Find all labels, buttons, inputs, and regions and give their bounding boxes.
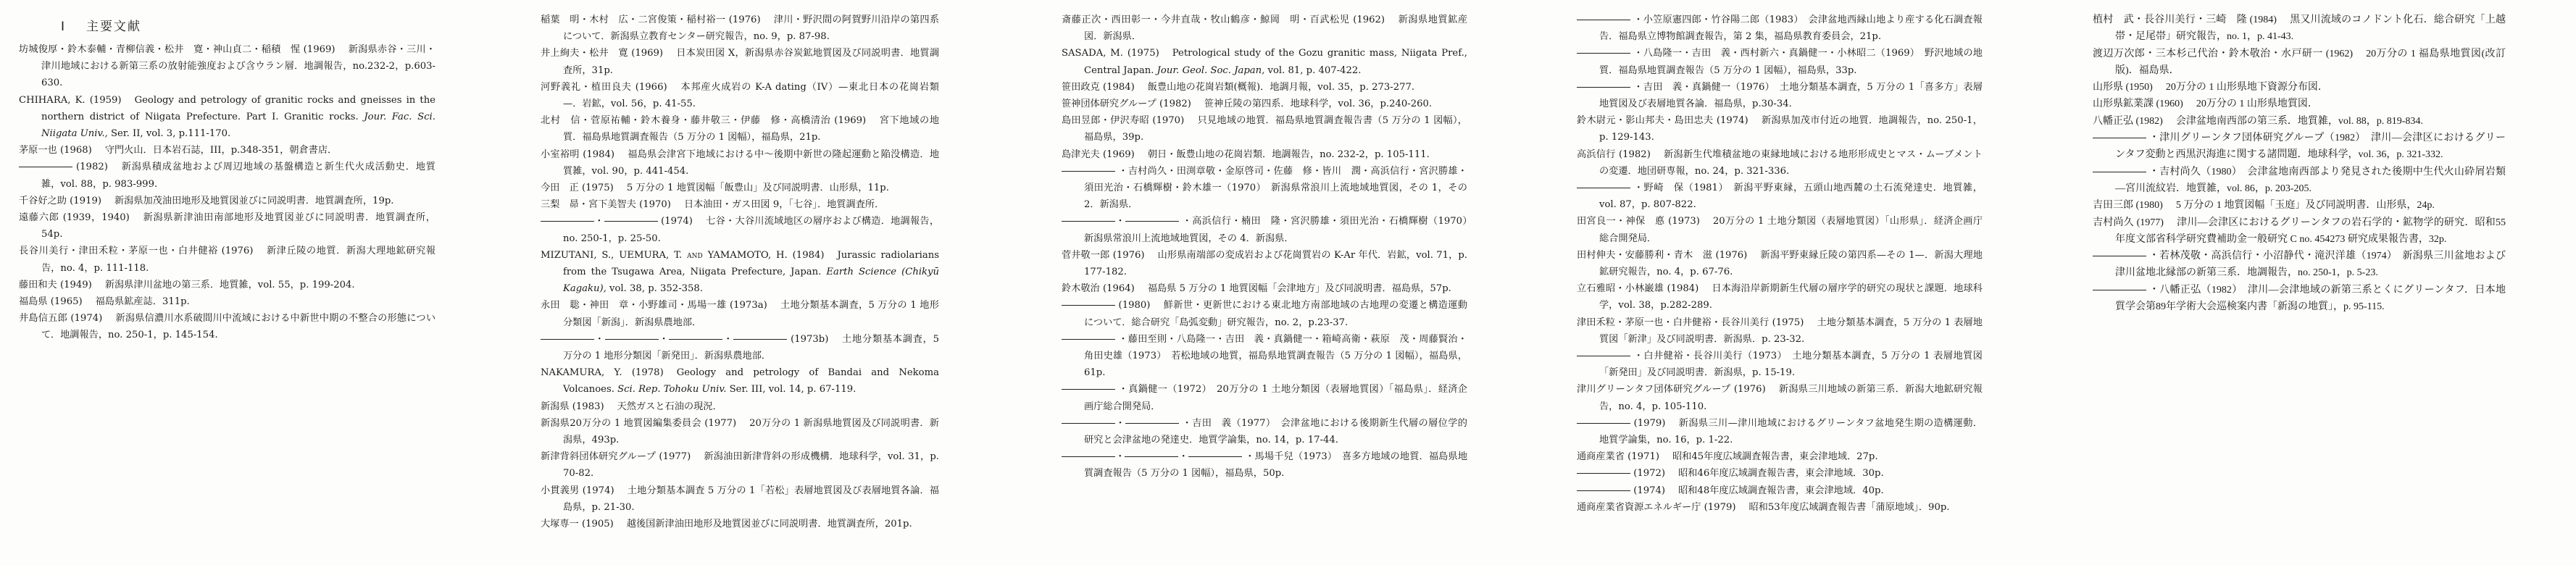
ref-author: 長谷川美行・津田禾粒・茅原一也・白井健裕 [19, 246, 218, 256]
reference-entry: 遠藤六郎 (1939，1940)新潟県新津油田南部地形及地質図並びに同説明書．地… [19, 209, 435, 243]
ref-text: 新潟県津川盆地の第三系．地質雑，vol. 55，p. 199-204. [105, 280, 355, 290]
ref-text: 笹神丘陵の第四系．地球科学，vol. 36，p.240-260. [1204, 99, 1432, 109]
ref-text: ・野崎 保（1981） 新潟平野東縁，五頭山地西麓の土石流発達史．地質雑，vol… [1599, 183, 1983, 210]
ref-author: 小貫義男 [541, 485, 579, 496]
ditto-dash [19, 167, 72, 167]
ref-text: 昭和53年度広域調査報告書「蒲原地域」．90p. [1749, 502, 1950, 513]
ditto-dash [1577, 356, 1630, 356]
reference-entry: 立石雅昭・小林巌雄 (1984)日本海沿岸新期新生代層の層序学的研究の現状と課題… [1577, 280, 1983, 314]
reference-entry: 笹田政克 (1984)飯豊山地の花崗岩類(概報)．地調月報，vol. 35，p.… [1062, 79, 1467, 96]
ref-year: (1976) [1734, 384, 1766, 395]
ref-year: (1984) [583, 149, 614, 160]
ref-year: (1976) [1113, 250, 1145, 261]
ref-author: 遠藤六郎 [19, 212, 59, 223]
reference-entry: ・ (1974)七谷・大谷川流域地区の層序および構造．地調報告，no. 250-… [541, 213, 939, 246]
ref-year: (1939，1940) [63, 212, 130, 223]
reference-entry: ・ ・吉田 義（1977） 会津盆地における後期新生代層の層位学的研究と会津盆地… [1062, 415, 1467, 448]
ref-author: 山形県 [2093, 82, 2123, 93]
ref-year: (1984) [1103, 82, 1135, 93]
ref-text: 土地分類基本調査 5 万分の 1「若松」表層地質図及び表層地質各論．福島県，p.… [563, 485, 939, 513]
ref-text: ・吉村尚久（1980） 会津盆地南西部より発見された後期中生代火山砕屑岩類—宮川… [2115, 167, 2506, 194]
reference-entry: ・吉村尚久（1980） 会津盆地南西部より発見された後期中生代火山砕屑岩類—宮川… [2093, 164, 2506, 198]
reference-entry: 高浜信行 (1982)新潟新生代堆積盆地の東縁地域における地形形成史とマス・ムー… [1577, 146, 1983, 180]
reference-entry: 津田禾粒・茅原一也・白井健裕・長谷川美行 (1975)土地分類基本調査，5 万分… [1577, 314, 1983, 348]
ref-year: (1973a) [730, 300, 767, 311]
reference-entry: 島津光夫 (1969)朝日・飯豊山地の花崗岩類．地調報告，no. 232-2，p… [1062, 146, 1467, 163]
ref-year: (1974) [70, 313, 102, 324]
reference-entry: 稲葉 明・木村 広・二宮俊策・稲村裕一 (1976)津川・野沢間の阿賀野川沿岸の… [541, 12, 939, 45]
ref-year: (1975) [1772, 317, 1804, 328]
bibliography-page: I主要文献 坊城俊厚・鈴木泰輔・青柳信義・松井 寛・神山貞二・稲積 惺 (196… [0, 0, 2576, 565]
ditto-dash [2093, 138, 2146, 138]
separator: ・ [1115, 451, 1125, 462]
ref-author: 八幡正弘 [2093, 116, 2133, 127]
ref-year: (1978) [632, 367, 664, 378]
reference-entry: 植村 武・長谷川美行・三崎 隆 (1984)黒又川流域のコノドント化石．総合研究… [2093, 12, 2506, 46]
reference-entry: 笹神団体研究グループ (1982)笹神丘陵の第四系．地球科学，vol. 36，p… [1062, 96, 1467, 112]
ref-author: 島田昱郎・伊沢寿昭 [1062, 115, 1149, 126]
reference-entry: 菅井敬一郎 (1976)山形県南端部の変成岩および花崗質岩の K-Ar 年代．岩… [1062, 247, 1467, 280]
ref-year: (1971) [1627, 451, 1659, 462]
ref-text: ・八島隆一・吉田 義・西村新六・真鍋健一・小林昭二（1969） 野沢地域の地質．… [1599, 48, 1983, 75]
ditto-dash [1062, 221, 1115, 222]
separator: ・ [594, 216, 604, 227]
reference-entry: 新潟県 (1983)天然ガスと石油の現況． [541, 398, 939, 415]
reference-entry: ・・ ・馬場千兒（1973） 喜多方地域の地質．福島県地質調査報告（5 万分の … [1062, 448, 1467, 482]
ref-author: 吉田三郎 [2093, 200, 2133, 211]
ref-year: (1980) [1119, 300, 1151, 311]
reference-entry: 小貫義男 (1974)土地分類基本調査 5 万分の 1「若松」表層地質図及び表層… [541, 482, 939, 516]
column-1: I主要文献 坊城俊厚・鈴木泰輔・青柳信義・松井 寛・神山貞二・稲積 惺 (196… [19, 6, 435, 344]
reference-entry: MIZUTANI, S., UEMURA, T. and YAMAMOTO, H… [541, 247, 939, 298]
ditto-dash [2093, 256, 2146, 256]
ditto-dash [1577, 20, 1630, 20]
ref-author: 吉村尚久 [2093, 217, 2134, 228]
reference-entry: ・八幡正弘（1982） 津川—会津地域の新第三系とくにグリーンタフ．日本地質学会… [2093, 282, 2506, 316]
reference-entry: 山形県 (1950)20万分の 1 山形県地下資源分布図． [2093, 79, 2506, 96]
reference-entry: ・吉村尚久・田渕章敬・金原啓司・佐藤 修・皆川 潤・高浜信行・宮沢勝雄・須田光治… [1062, 163, 1467, 214]
section-number: I [61, 20, 66, 34]
reference-entry: 鈴木尉元・影山邦夫・島田忠夫 (1974)新潟県加茂市付近の地質．地調報告，no… [1577, 112, 1983, 146]
reference-entry: SASADA, M. (1975)Petrological study of t… [1062, 45, 1467, 78]
ref-author: 植村 武・長谷川美行・三崎 隆 [2093, 14, 2247, 25]
ref-text: ・八幡正弘（1982） 津川—会津地域の新第三系とくにグリーンタフ．日本地質学会… [2115, 285, 2506, 312]
ref-author: 笹神団体研究グループ [1062, 99, 1156, 109]
ref-year: (1976) [222, 246, 254, 256]
reference-entry: 藤田和夫 (1949)新潟県津川盆地の第三系．地質雑，vol. 55，p. 19… [19, 277, 435, 293]
ref-year: (1950) [2126, 82, 2153, 93]
ref-author: 菅井敬一郎 [1062, 250, 1109, 261]
reference-entry: ・若林茂敬・高浜信行・小沼静代・滝沢洋雄（1974） 新潟県三川盆地および津川盆… [2093, 248, 2506, 282]
ref-text: ・高浜信行・楠田 隆・宮沢勝雄・須田光治・石橋輝樹（1970） 新潟県常浪川上流… [1084, 216, 1477, 243]
ref-year: (1960) [2156, 99, 2183, 109]
ref-year: (1970) [1152, 115, 1184, 126]
reference-entry: 通商産業省 (1971)昭和45年度広域調査報告書，東会津地域．27p. [1577, 448, 1983, 465]
ref-year: (1962) [1353, 14, 1385, 25]
reference-entry: 吉村尚久 (1977)津川—会津区におけるグリーンタフの岩石学的・鉱物学的研究．… [2093, 214, 2506, 248]
ref-author: 笹田政克 [1062, 82, 1100, 93]
reference-entry: 津川グリーンタフ団体研究グループ (1976)新潟県三川地域の新第三系．新潟大地… [1577, 381, 1983, 414]
ref-author: 通商産業省 [1577, 451, 1625, 462]
section-heading: I主要文献 [61, 16, 435, 34]
ref-text: 守門火山．日本岩石誌，III，p.348-351，朝倉書店． [105, 145, 337, 156]
ref-author: 津川グリーンタフ団体研究グループ [1577, 384, 1730, 395]
ref-volume-pages: Ser. II, vol. 3, p.111-170. [111, 128, 230, 139]
ref-text: 会津盆地南西部の第三系．地質雑，vol. 88，p. 819-834. [2176, 116, 2423, 127]
ref-text: 七谷・大谷川流域地区の層序および構造．地調報告，no. 250-1，p. 25-… [563, 216, 939, 243]
ditto-dash [1125, 221, 1179, 222]
ref-year: (1949) [60, 280, 92, 290]
ref-text: 新潟県加茂油田地形及地質図並びに同説明書．地質調査所，19p. [114, 196, 393, 206]
reference-entry: 鈴木敬治 (1964)福島県 5 万分の 1 地質図幅「会津地方」及び同説明書．… [1062, 280, 1467, 297]
ref-year: (1965) [51, 296, 83, 307]
ditto-dash [1577, 87, 1630, 88]
ditto-dash [1577, 423, 1630, 424]
reference-entry: ・八島隆一・吉田 義・西村新六・真鍋健一・小林昭二（1969） 野沢地域の地質．… [1577, 45, 1983, 78]
ref-text: 飯豊山地の花崗岩類(概報)．地調月報，vol. 35，p. 273-277. [1148, 82, 1414, 93]
reference-entry: ・ ・高浜信行・楠田 隆・宮沢勝雄・須田光治・石橋輝樹（1970） 新潟県常浪川… [1062, 213, 1467, 246]
ref-text: 福島県鉱産誌．311p. [96, 296, 190, 307]
ref-year: (1983) [572, 401, 604, 412]
ref-year: (1984) [1667, 283, 1698, 294]
ref-year: (1984) [793, 250, 825, 261]
ditto-dash [1577, 188, 1630, 188]
ref-year: (1977) [659, 451, 691, 462]
reference-entry: 長谷川美行・津田禾粒・茅原一也・白井健裕 (1976)新津丘陵の地質．新潟大理地… [19, 243, 435, 276]
reference-entry: 茅原一也 (1968)守門火山．日本岩石誌，III，p.348-351，朝倉書店… [19, 142, 435, 159]
ref-author: 斎藤正次・西田彰一・今井直哉・牧山鶴彦・鯨岡 明・百武松児 [1062, 14, 1349, 25]
ditto-dash [669, 339, 722, 340]
ref-text: 越後国新津油田地形及地質図並びに同説明書．地質調査所，201p. [627, 519, 912, 530]
ref-text: ・小笠原憲四郎・竹谷陽二郎（1983） 会津盆地西縁山地より産する化石調査報告．… [1599, 14, 1983, 42]
reference-entry: 福島県 (1965)福島県鉱産誌．311p. [19, 293, 435, 310]
reference-entry: 島田昱郎・伊沢寿昭 (1970)只見地域の地質．福島県地質調査報告書（5 万分の… [1062, 112, 1467, 146]
ref-text: 天然ガスと石油の現況． [617, 401, 722, 412]
reference-entry: 大塚専一 (1905)越後国新津油田地形及地質図並びに同説明書．地質調査所，20… [541, 516, 939, 532]
reference-entry: 山形県鉱業課 (1960)20万分の 1 山形県地質図． [2093, 96, 2506, 112]
ref-year: (1982) [2136, 116, 2163, 127]
ditto-dash [1062, 423, 1115, 424]
ref-author: SASADA, M. [1062, 48, 1123, 59]
reference-entry: (1974)昭和48年度広域調査報告書，東会津地域．40p. [1577, 482, 1983, 499]
reference-entry: 三梨 昴・宮下美智夫 (1970)日本油田・ガス田図 9，「七谷」．地質調査所． [541, 196, 939, 213]
reference-entry: (1982)新潟県積成盆地および周辺地域の基盤構造と新生代火成活動史．地質雑，v… [19, 159, 435, 192]
column-5: 植村 武・長谷川美行・三崎 隆 (1984)黒又川流域のコノドント化石．総合研究… [2093, 12, 2506, 315]
reference-entry: 新津背斜団体研究グループ (1977)新潟油田新津背斜の形成機構．地球科学，vo… [541, 448, 939, 482]
separator: ・ [722, 334, 733, 345]
reference-entry: 河野義礼・植田良夫 (1966)本邦産火成岩の K-A dating（IV）—東… [541, 79, 939, 112]
ref-author: 田村伸夫・安藤勝利・青木 滋 [1577, 250, 1712, 261]
reference-entry: ・吉田 義・真鍋健一（1976） 土地分類基本調査，5 万分の 1「喜多方」表層… [1577, 79, 1983, 112]
column-4: ・小笠原憲四郎・竹谷陽二郎（1983） 会津盆地西縁山地より産する化石調査報告．… [1577, 12, 1983, 516]
reference-entry: 永田 聡・神田 章・小野雄司・馬場一雄 (1973a)土地分類基本調査，5 万分… [541, 297, 939, 330]
ref-text: 5 万分の 1 地質図幅「飯豊山」及び同説明書．山形県，11p. [627, 183, 889, 193]
reference-entry: ・白井健裕・長谷川美行（1973） 土地分類基本調査，5 万分の 1 表層地質図… [1577, 348, 1983, 381]
reference-entry: 坊城俊厚・鈴木泰輔・青柳信義・松井 寛・神山貞二・稲積 惺 (1969)新潟県赤… [19, 41, 435, 92]
ref-year: (1970) [639, 199, 671, 210]
reference-entry: ・藤田至則・八島隆一・吉田 義・真鍋健一・箱崎高衛・萩原 茂・周藤賢治・角田史雄… [1062, 331, 1467, 382]
ditto-dash [1188, 456, 1242, 457]
reference-entry: ・津川グリーンタフ団体研究グループ（1982） 津川—会津区におけるグリーンタフ… [2093, 130, 2506, 164]
ref-year: (1959) [90, 95, 122, 106]
separator: ・ [1178, 451, 1188, 462]
ref-author: 今田 正 [541, 183, 579, 193]
reference-entry: 北村 信・菅原祐輔・鈴木養身・藤井敬三・伊藤 修・高橋清治 (1969)宮下地域… [541, 112, 939, 146]
ref-author: 井島信五郎 [19, 313, 67, 324]
ref-year: (1976) [729, 14, 761, 25]
ditto-dash [1062, 389, 1115, 390]
ref-author: 田宮良一・神保 悳 [1577, 216, 1665, 227]
separator: ・ [659, 334, 670, 345]
ref-journal: Sci. Rep. Tohoku Univ. [617, 384, 726, 395]
ref-author: 津田禾粒・茅原一也・白井健裕・長谷川美行 [1577, 317, 1769, 328]
ditto-dash [1125, 423, 1179, 424]
reference-entry: 新潟県20万分の 1 地質図編集委員会 (1977)20万分の 1 新潟県地質図… [541, 415, 939, 448]
reference-entry: NAKAMURA, Y. (1978)Geology and petrology… [541, 364, 939, 398]
ref-author: 藤田和夫 [19, 280, 57, 290]
ref-text: ・吉村尚久・田渕章敬・金原啓司・佐藤 修・皆川 潤・高浜信行・宮沢勝雄・須田光治… [1084, 166, 1467, 210]
ref-text: ・藤田至則・八島隆一・吉田 義・真鍋健一・箱崎高衛・萩原 茂・周藤賢治・角田史雄… [1084, 334, 1467, 378]
ditto-dash [604, 221, 658, 222]
reference-entry: 小室裕明 (1984)福島県会津宮下地域における中～後期中新世の隆起運動と陥没構… [541, 146, 939, 180]
reference-entry: 田村伸夫・安藤勝利・青木 滋 (1976)新潟平野東縁丘陵の第四系—その 1—．… [1577, 247, 1983, 280]
ref-year: (1979) [1634, 418, 1666, 429]
ref-author: 井上絢夫・松井 寛 [541, 48, 628, 59]
ref-text: 津川—会津区におけるグリーンタフの岩石学的・鉱物学的研究．昭和55年度文部省科学… [2115, 217, 2506, 245]
ditto-dash [1577, 53, 1630, 54]
ditto-dash [1062, 305, 1115, 306]
ref-year: (1982) [1159, 99, 1191, 109]
ref-text: 昭和45年度広域調査報告書，東会津地域．27p. [1672, 451, 1878, 462]
separator: ・ [1115, 418, 1125, 429]
ref-journal: Jour. Geol. Soc. Japan, [1157, 65, 1265, 76]
ref-volume-pages: vol. 81, p. 407-422. [1268, 65, 1362, 76]
ref-author: 島津光夫 [1062, 149, 1100, 160]
ref-year: (1972) [1633, 468, 1665, 479]
ref-year: (1969) [1103, 149, 1135, 160]
reference-entry: 今田 正 (1975)5 万分の 1 地質図幅「飯豊山」及び同説明書．山形県，1… [541, 180, 939, 196]
reference-entry: CHIHARA, K. (1959)Geology and petrology … [19, 92, 435, 143]
ref-year: (1984) [2250, 14, 2277, 25]
ref-year: (1964) [1103, 283, 1135, 294]
ref-year: (1962) [2326, 49, 2353, 59]
ditto-dash [541, 221, 594, 222]
ref-year: (1973) [1668, 216, 1700, 227]
reference-entry: 田宮良一・神保 悳 (1973)20万分の 1 土地分類図（表層地質図）「山形県… [1577, 213, 1983, 246]
ref-text: ・馬場千兒（1973） 喜多方地域の地質．福島県地質調査報告（5 万分の 1 図… [1084, 451, 1467, 479]
reference-entry: (1979)新潟県三川—津川地域におけるグリーンタフ盆地発生期の造構運動．地質学… [1577, 415, 1983, 448]
ref-author: 坊城俊厚・鈴木泰輔・青柳信義・松井 寛・神山貞二・稲積 惺 [19, 44, 300, 55]
reference-entry: 千谷好之助 (1919)新潟県加茂油田地形及地質図並びに同説明書．地質調査所，1… [19, 193, 435, 209]
reference-entry: 井上絢夫・松井 寛 (1969)日本炭田図 X，新潟県赤谷炭鉱地質図及び同説明書… [541, 45, 939, 78]
ref-text: ・吉田 義・真鍋健一（1976） 土地分類基本調査，5 万分の 1「喜多方」表層… [1599, 82, 1983, 109]
ditto-dash [1577, 473, 1630, 474]
ref-year: (1969) [304, 44, 335, 55]
ref-text: 福島県 5 万分の 1 地質図幅「会津地方」及び同説明書．福島県，57p. [1148, 283, 1451, 294]
ref-author: NAKAMURA, Y. [541, 367, 622, 378]
ref-year: (1974) [1717, 115, 1748, 126]
ref-text: 土地分類基本調査，5 万分の 1 地形分類図「新発田」．新潟県農地部． [563, 334, 939, 361]
ditto-dash [1125, 456, 1178, 457]
ref-author: 新潟県20万分の 1 地質図編集委員会 [541, 418, 701, 429]
ref-year: (1974) [661, 216, 693, 227]
ref-author: 河野義礼・植田良夫 [541, 82, 632, 93]
ref-text: 5 万分の 1 地質図幅「玉庭」及び同説明書．山形県，24p. [2176, 200, 2435, 211]
ref-year: (1980) [2136, 200, 2163, 211]
ref-text: 福島県会津宮下地域における中～後期中新世の隆起運動と陥没構造．地質雑，vol. … [563, 149, 939, 177]
column-2: 稲葉 明・木村 広・二宮俊策・稲村裕一 (1976)津川・野沢間の阿賀野川沿岸の… [541, 12, 939, 532]
ref-year: (1982) [1619, 149, 1651, 160]
ref-author: CHIHARA, K. [19, 95, 86, 106]
ref-text: ・白井健裕・長谷川美行（1973） 土地分類基本調査，5 万分の 1 表層地質図… [1599, 351, 1983, 378]
ref-author: 小室裕明 [541, 149, 580, 160]
ref-author: MIZUTANI, S., UEMURA, T. and YAMAMOTO, H… [541, 250, 788, 261]
separator: ・ [1115, 216, 1125, 227]
ref-text: 新潟新生代堆積盆地の東縁地域における地形形成史とマス・ムーブメントの変遷．地団研… [1599, 149, 1983, 177]
ref-year: (1975) [1127, 48, 1159, 59]
ref-author: 福島県 [19, 296, 48, 307]
ref-author: 鈴木尉元・影山邦夫・島田忠夫 [1577, 115, 1713, 126]
reference-entry: 斎藤正次・西田彰一・今井直哉・牧山鶴彦・鯨岡 明・百武松児 (1962)新潟県地… [1062, 12, 1467, 45]
ref-year: (1974) [1633, 485, 1665, 496]
ref-author: 永田 聡・神田 章・小野雄司・馬場一雄 [541, 300, 726, 311]
ref-author: 千谷好之助 [19, 196, 67, 206]
ref-author: 茅原一也 [19, 145, 57, 156]
reference-entry: 八幡正弘 (1982)会津盆地南西部の第三系．地質雑，vol. 88，p. 81… [2093, 113, 2506, 130]
ref-author: 立石雅昭・小林巌雄 [1577, 283, 1664, 294]
ditto-dash [1577, 490, 1630, 491]
ref-text: ・若林茂敬・高浜信行・小沼静代・滝沢洋雄（1974） 新潟県三川盆地および津川盆… [2115, 251, 2506, 278]
ref-text: ・真鍋健一（1972） 20万分の 1 土地分類図（表層地質図）「福島県」．経済… [1084, 384, 1467, 411]
reference-entry: 渡辺万次郎・三本杉己代治・鈴木敬治・水戸研一 (1962)20万分の 1 福島県… [2093, 46, 2506, 80]
ditto-dash [1062, 339, 1115, 340]
ref-author: 高浜信行 [1577, 149, 1616, 160]
separator: ・ [594, 334, 605, 345]
ref-year: (1919) [70, 196, 101, 206]
reference-entry: ・小笠原憲四郎・竹谷陽二郎（1983） 会津盆地西縁山地より産する化石調査報告．… [1577, 12, 1983, 45]
ref-year: (1975) [582, 183, 614, 193]
column-3: 斎藤正次・西田彰一・今井直哉・牧山鶴彦・鯨岡 明・百武松児 (1962)新潟県地… [1062, 12, 1467, 482]
ref-volume-pages: vol. 38, p. 352-358. [609, 283, 703, 294]
ditto-dash [1062, 456, 1115, 457]
reference-entry: 通商産業省資源エネルギー庁 (1979)昭和53年度広域調査報告書「蒲原地域」．… [1577, 499, 1983, 516]
ref-year: (1969) [834, 115, 866, 126]
ref-year: (1982) [76, 162, 108, 172]
reference-entry: 吉田三郎 (1980)5 万分の 1 地質図幅「玉庭」及び同説明書．山形県，24… [2093, 197, 2506, 214]
ditto-dash [2093, 172, 2146, 172]
ref-author: 新潟県 [541, 401, 570, 412]
ref-author: 稲葉 明・木村 広・二宮俊策・稲村裕一 [541, 14, 725, 25]
ditto-dash [1062, 171, 1115, 172]
ref-author: 通商産業省資源エネルギー庁 [1577, 502, 1701, 513]
ref-text: 昭和48年度広域調査報告書，東会津地域．40p. [1678, 485, 1884, 496]
ditto-dash [2093, 290, 2146, 290]
ref-author: 新津背斜団体研究グループ [541, 451, 656, 462]
section-title: 主要文献 [86, 20, 141, 34]
reference-entry: (1972)昭和46年度広域調査報告書，東会津地域．30p. [1577, 465, 1983, 482]
ref-author: 大塚専一 [541, 519, 579, 530]
reference-entry: ・・・ (1973b)土地分類基本調査，5 万分の 1 地形分類図「新発田」．新… [541, 331, 939, 364]
ref-author: 渡辺万次郎・三本杉己代治・鈴木敬治・水戸研一 [2093, 49, 2323, 59]
reference-entry: ・真鍋健一（1972） 20万分の 1 土地分類図（表層地質図）「福島県」．経済… [1062, 381, 1467, 414]
ref-year: (1905) [582, 519, 614, 530]
ref-author: 鈴木敬治 [1062, 283, 1100, 294]
reference-entry: 井島信五郎 (1974)新潟県信濃川水系破間川中流域における中新世中期の不整合の… [19, 310, 435, 343]
ref-author: 山形県鉱業課 [2093, 99, 2154, 109]
ref-author: 三梨 昴・宮下美智夫 [541, 199, 636, 210]
ref-author: 北村 信・菅原祐輔・鈴木養身・藤井敬三・伊藤 修・高橋清治 [541, 115, 830, 126]
ref-text: 朝日・飯豊山地の花崗岩類．地調報告，no. 232-2，p. 105-111. [1148, 149, 1430, 160]
ref-volume-pages: Ser. III, vol. 14, p. 67-119. [730, 384, 856, 395]
ref-text: 昭和46年度広域調査報告書，東会津地域．30p. [1678, 468, 1884, 479]
ditto-dash [541, 339, 594, 340]
ref-year: (1976) [1715, 250, 1747, 261]
ref-year: (1974) [583, 485, 614, 496]
reference-entry: ・野崎 保（1981） 新潟平野東縁，五頭山地西麓の土石流発達史．地質雑，vol… [1577, 180, 1983, 213]
ref-year: (1979) [1704, 502, 1736, 513]
ref-year: (1973b) [791, 334, 828, 345]
ref-year: (1968) [60, 145, 92, 156]
ref-text: 20万分の 1 山形県地下資源分布図． [2166, 82, 2328, 93]
ref-text: ・吉田 義（1977） 会津盆地における後期新生代層の層位学的研究と会津盆地の発… [1084, 418, 1467, 445]
reference-entry: (1980)鮮新世・更新世における東北地方南部地域の古地理の変遷と構造運動につい… [1062, 297, 1467, 330]
ref-year: (1977) [704, 418, 736, 429]
ref-text: 20万分の 1 山形県地質図． [2196, 99, 2318, 109]
ditto-dash [605, 339, 659, 340]
ref-year: (1977) [2137, 217, 2164, 228]
ref-year: (1969) [631, 48, 663, 59]
ref-year: (1966) [635, 82, 667, 93]
ref-text: 日本油田・ガス田図 9，「七谷」．地質調査所． [684, 199, 884, 210]
ref-text: ・津川グリーンタフ団体研究グループ（1982） 津川—会津区におけるグリーンタフ… [2115, 133, 2506, 160]
ditto-dash [733, 339, 787, 340]
